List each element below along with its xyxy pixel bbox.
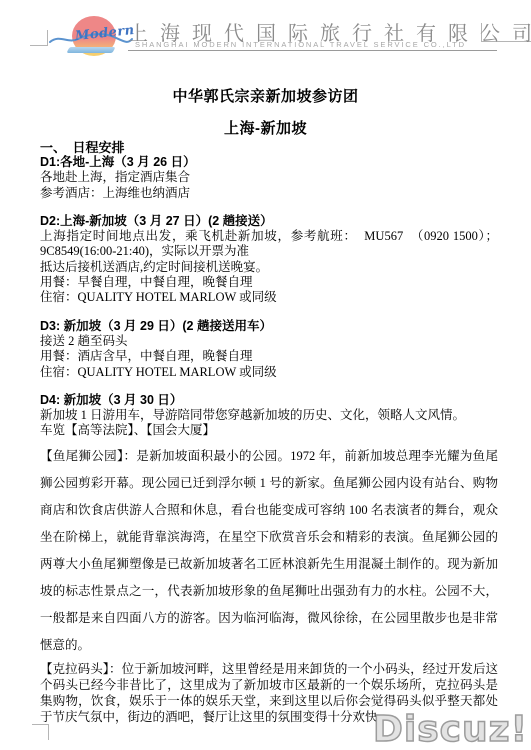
itinerary-line: 车览【高等法院】、【国会大厦】 [40,423,498,438]
itinerary-line: 用餐：早餐自理，中餐自理，晚餐自理 [40,275,498,290]
document-subtitle: 上海-新加坡 [0,117,531,138]
day-block-d4: D4: 新加坡（3 月 30 日） 新加坡 1 日游用车，导游陪同带您穿越新加坡… [40,393,498,439]
itinerary-line: 住宿：QUALITY HOTEL MARLOW 或同级 [40,290,498,305]
merlion-park-paragraph: 【鱼尾狮公园】：是新加坡面积最小的公园。1972 年，前新加坡总理李光耀为鱼尾狮… [40,443,498,659]
itinerary-line: 上海指定时间地点出发，乘飞机赴新加坡，参考航班： MU567 （0920 150… [40,229,498,260]
cropmark-top-left-horizontal [30,45,48,46]
water-band-icon [66,47,115,53]
day-heading: D3: 新加坡（3 月 29 日）(2 趟接送用车） [40,319,498,334]
document-title: 中华郭氏宗亲新加坡参访团 [0,85,531,106]
day-heading: D2:上海-新加坡（3 月 27 日）(2 趟接送） [40,214,498,229]
day-block-d3: D3: 新加坡（3 月 29 日）(2 趟接送用车） 接送 2 趟至码头 用餐：… [40,319,498,380]
itinerary-line: 用餐：酒店含早，中餐自理，晚餐自理 [40,349,498,364]
itinerary-line: 住宿：QUALITY HOTEL MARLOW 或同级 [40,365,498,380]
document-page: Modern 上海现代国际旅行社有限公司 SHANGHAI MODERN INT… [0,0,531,750]
day-block-d1: D1:各地-上海（3 月 26 日） 各地赴上海，指定酒店集合 参考酒店：上海维… [40,155,498,201]
company-name-en: SHANGHAI MODERN INTERNATIONAL TRAVEL SER… [135,40,466,49]
itinerary-line: 各地赴上海，指定酒店集合 [40,170,498,185]
day-heading: D1:各地-上海（3 月 26 日） [40,155,498,170]
travel-agency-logo: Modern [48,12,133,60]
discuz-watermark: Discuz! [373,709,528,750]
cropmark-bottom-left-vertical [48,724,49,740]
itinerary-content: 一、 日程安排 D1:各地-上海（3 月 26 日） 各地赴上海，指定酒店集合 … [40,140,498,725]
itinerary-line: 抵达后接机送酒店,约定时间接机送晚宴。 [40,260,498,275]
day-block-d2: D2:上海-新加坡（3 月 27 日）(2 趟接送） 上海指定时间地点出发，乘飞… [40,214,498,306]
header-underline [128,50,497,51]
itinerary-line: 接送 2 趟至码头 [40,334,498,349]
itinerary-line: 新加坡 1 日游用车，导游陪同带您穿越新加坡的历史、文化，领略人文风情。 [40,408,498,423]
day-heading: D4: 新加坡（3 月 30 日） [40,393,498,408]
itinerary-line: 参考酒店：上海维也纳酒店 [40,186,498,201]
section-heading: 一、 日程安排 [40,140,498,155]
